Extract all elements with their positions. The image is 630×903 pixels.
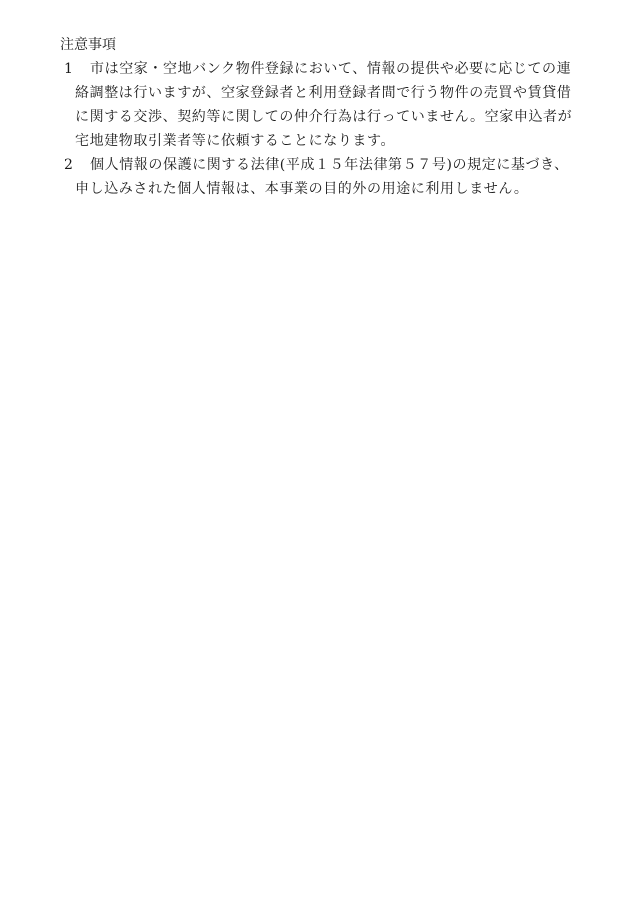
item-line: に関する交渉、契約等に関しての仲介行為は行っていません。空家申込者が bbox=[75, 108, 572, 126]
notice-heading: 注意事項 bbox=[60, 36, 116, 54]
document-page: 注意事項 1 市は空家・空地バンク物件登録において、情報の提供や必要に応じての連… bbox=[0, 0, 630, 903]
item-line: 市は空家・空地バンク物件登録において、情報の提供や必要に応じての連 bbox=[90, 60, 571, 78]
item-line: 個人情報の保護に関する法律(平成１５年法律第５７号)の規定に基づき、 bbox=[90, 156, 569, 174]
item-number: 2 bbox=[64, 156, 73, 174]
item-line: 宅地建物取引業者等に依頼することになります。 bbox=[75, 132, 395, 150]
item-line: 絡調整は行いますが、空家登録者と利用登録者間で行う物件の売買や賃貸借 bbox=[75, 84, 571, 102]
item-number: 1 bbox=[64, 60, 73, 78]
item-line: 申し込みされた個人情報は、本事業の目的外の用途に利用しません。 bbox=[75, 180, 528, 198]
